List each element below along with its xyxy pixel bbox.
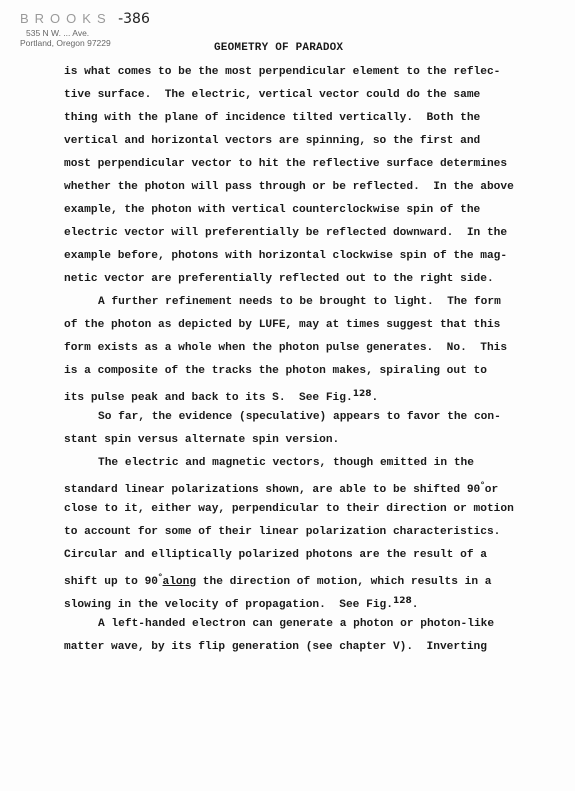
document-body: is what comes to be the most perpendicul…	[64, 61, 564, 659]
text-line: slowing in the velocity of propagation. …	[64, 590, 564, 613]
text-line: form exists as a whole when the photon p…	[64, 337, 564, 360]
handwritten-page-number: -386	[118, 11, 150, 27]
text-line: electric vector will preferentially be r…	[64, 222, 564, 245]
text-line: of the photon as depicted by LUFE, may a…	[64, 314, 564, 337]
text-line: most perpendicular vector to hit the ref…	[64, 153, 564, 176]
text-line: is a composite of the tracks the photon …	[64, 360, 564, 383]
handwritten-annotation: 128	[393, 596, 412, 606]
text-line: matter wave, by its flip generation (see…	[64, 636, 564, 659]
text-line: stant spin versus alternate spin version…	[64, 429, 564, 452]
text-line: A left-handed electron can generate a ph…	[64, 613, 564, 636]
text-line: example, the photon with vertical counte…	[64, 199, 564, 222]
text-line: vertical and horizontal vectors are spin…	[64, 130, 564, 153]
text-line: example before, photons with horizontal …	[64, 245, 564, 268]
text-line: standard linear polarizations shown, are…	[64, 475, 564, 498]
handwritten-annotation: 128	[353, 389, 372, 399]
author-stamp: BROOKS -386 535 N W. ... Ave. Portland, …	[20, 10, 150, 48]
page-title: GEOMETRY OF PARADOX	[214, 42, 343, 54]
text-line: Circular and elliptically polarized phot…	[64, 544, 564, 567]
text-line: is what comes to be the most perpendicul…	[64, 61, 564, 84]
text-line: its pulse peak and back to its S. See Fi…	[64, 383, 564, 406]
text-line: A further refinement needs to be brought…	[64, 291, 564, 314]
underlined-word: along	[163, 576, 197, 588]
text-line: whether the photon will pass through or …	[64, 176, 564, 199]
stamp-city: Portland, Oregon 97229	[20, 38, 150, 48]
text-line: The electric and magnetic vectors, thoug…	[64, 452, 564, 475]
text-line: netic vector are preferentially reflecte…	[64, 268, 564, 291]
text-line: So far, the evidence (speculative) appea…	[64, 406, 564, 429]
text-line: tive surface. The electric, vertical vec…	[64, 84, 564, 107]
stamp-name: BROOKS	[20, 11, 112, 26]
text-line: shift up to 90°along the direction of mo…	[64, 567, 564, 590]
text-line: thing with the plane of incidence tilted…	[64, 107, 564, 130]
text-line: close to it, either way, perpendicular t…	[64, 498, 564, 521]
stamp-address: 535 N W. ... Ave.	[26, 28, 150, 38]
text-line: to account for some of their linear pola…	[64, 521, 564, 544]
